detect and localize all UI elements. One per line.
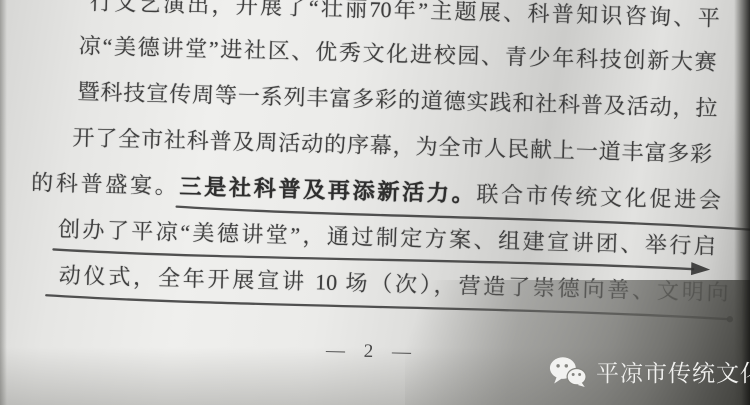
bold-phrase: 三是社科普及再添新活力。 bbox=[179, 174, 476, 207]
watermark: 平凉市传统文化 bbox=[549, 355, 750, 388]
text-line-1: 行文艺演出，开展了“壮丽70年”主题展、科普知识咨询、平 bbox=[90, 0, 721, 33]
text-line-5-pre: 的科普盛宴。 bbox=[31, 170, 180, 199]
text-line-5-post: 联合市传统文化促进会 bbox=[476, 181, 721, 212]
wechat-icon bbox=[549, 356, 587, 387]
text-line-3: 暨科技宣传周等一系列丰富多彩的道德实践和社科普及活动，拉 bbox=[77, 78, 718, 123]
text-line-2: 凉“美德讲堂”进社区、优秀文化进校园、青少年科技创新大赛 bbox=[78, 32, 717, 77]
arrow-head-icon bbox=[691, 262, 710, 275]
text-line-5: 的科普盛宴。三是社科普及再添新活力。联合市传统文化促进会 bbox=[31, 169, 721, 215]
text-line-4: 开了全市社科普及周活动的序幕，为全市人民献上一道丰富多彩 bbox=[72, 124, 713, 169]
text-line-6: 创办了平凉“美德讲堂”，通过制定方案、组建宣讲团、举行启 bbox=[58, 216, 717, 261]
right-edge-shadow bbox=[734, 0, 750, 405]
left-edge-shadow bbox=[0, 0, 7, 405]
document-photo: 行文艺演出，开展了“壮丽70年”主题展、科普知识咨询、平 凉“美德讲堂”进社区、… bbox=[0, 0, 750, 405]
watermark-label: 平凉市传统文化 bbox=[596, 355, 750, 388]
